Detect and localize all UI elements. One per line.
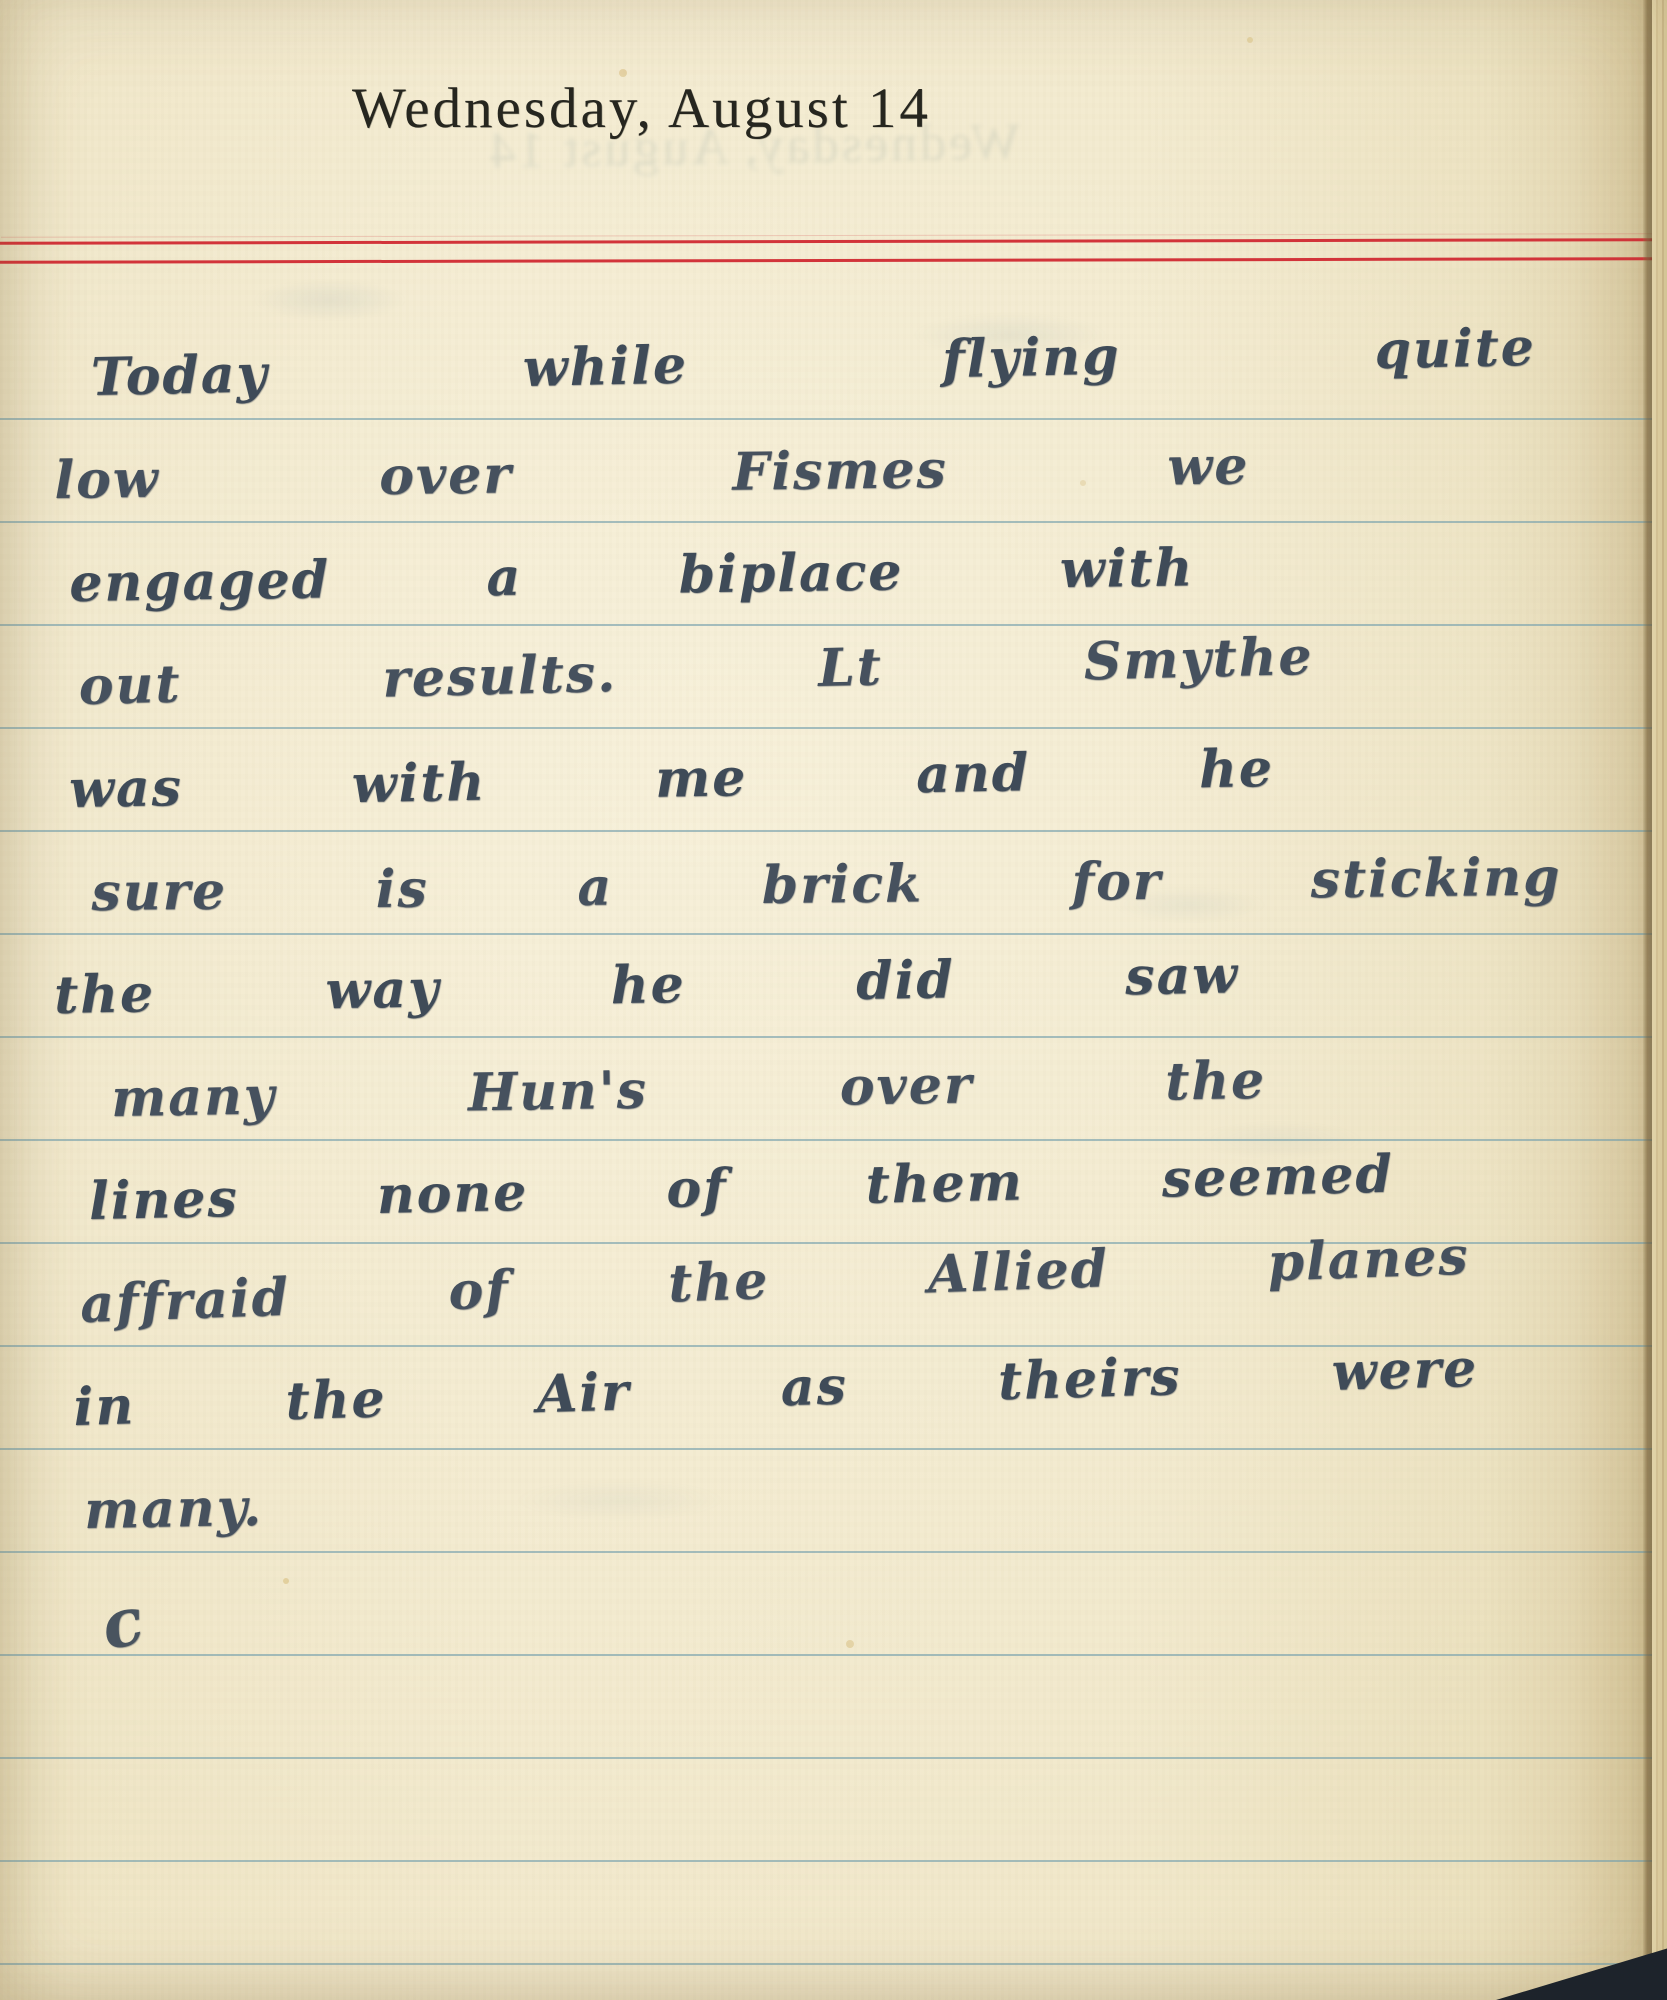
diary-page-photo: Wednesday, August 14 Wednesday, August 1… <box>0 0 1667 2000</box>
photo-vignette <box>0 0 1667 2000</box>
